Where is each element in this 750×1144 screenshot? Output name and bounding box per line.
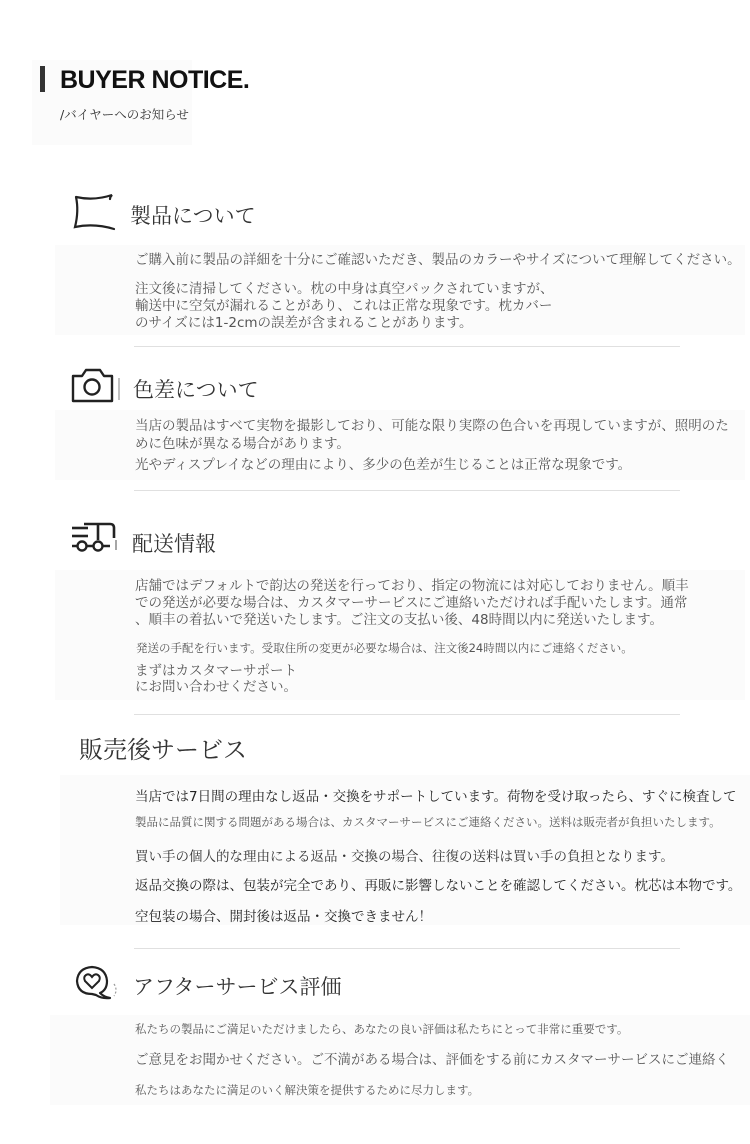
section-title-shipping: 配送情報 (132, 528, 216, 558)
after-sales-text-2: 製品に品質に関する問題がある場合は、カスタマーサービスにご連絡ください。送料は販… (135, 814, 721, 830)
product-text-3: 輸送中に空気が漏れることがあり、これは正常な現象です。枕カバー (135, 298, 552, 315)
divider (134, 714, 680, 715)
color-text-1: 当店の製品はすべて実物を撮影しており、可能な限り実際の色合いを再現していますが、… (135, 418, 729, 435)
shipping-text-4: 発送の手配を行います。受取住所の変更が必要な場合は、注文後24時間以内にご連絡く… (136, 640, 633, 656)
section-title-after-sales: 販売後サービス (79, 730, 247, 765)
color-text-3: 光やディスプレイなどの理由により、多少の色差が生じることは正常な現象です。 (135, 457, 631, 474)
product-text-1: ご購入前に製品の詳細を十分にご確認いただき、製品のカラーやサイズについて理解して… (135, 252, 741, 269)
review-text-1: 私たちの製品にご満足いただけましたら、あなたの良い評価は私たちにとって非常に重要… (135, 1021, 628, 1037)
review-text-2: ご意見をお聞かせください。ご不満がある場合は、評価をする前にカスタマーサービスに… (135, 1052, 729, 1069)
divider (134, 490, 680, 491)
page-subtitle: /バイヤーへのお知らせ (60, 105, 189, 123)
heart-speech-bubble-icon (74, 964, 122, 1002)
section-title-product: 製品について (130, 200, 256, 230)
divider (134, 948, 680, 949)
section-title-color: 色差について (133, 374, 259, 404)
shipping-text-1: 店舗ではデフォルトで韵达の発送を行っており、指定の物流には対応しておりません。順… (135, 578, 689, 595)
camera-icon (70, 368, 126, 404)
after-sales-text-3: 買い手の個人的な理由による返品・交換の場合、往復の送料は買い手の負担となります。 (135, 845, 674, 865)
pillow-icon (72, 193, 118, 231)
review-text-3: 私たちはあなたに満足のいく解決策を提供するために尽力します。 (135, 1082, 479, 1098)
after-sales-text-4: 返品交換の際は、包装が完全であり、再販に影響しないことを確認してください。枕芯は… (135, 874, 741, 894)
delivery-truck-icon (70, 520, 122, 556)
after-sales-text-1: 当店では7日間の理由なし返品・交換をサポートしています。荷物を受け取ったら、すぐ… (135, 785, 737, 805)
after-sales-text-5: 空包装の場合、開封後は返品・交換できません！ (135, 905, 432, 925)
shipping-text-2: での発送が必要な場合は、カスタマーサービスにご連絡いただければ手配いたします。通… (135, 595, 687, 612)
shipping-text-3: 、順丰の着払いで発送いたします。ご注文の支払い後、48時間以内に発送いたします。 (135, 612, 663, 629)
section-title-review: アフターサービス評価 (133, 971, 342, 1001)
divider (134, 346, 680, 347)
product-text-4: のサイズには1-2cmの誤差が含まれることがあります。 (135, 315, 472, 332)
header-accent-bar (40, 66, 45, 92)
page-title: BUYER NOTICE. (60, 66, 249, 95)
product-text-2: 注文後に清掃してください。枕の中身は真空パックされていますが、 (135, 281, 554, 298)
color-text-2: めに色味が異なる場合があります。 (135, 436, 350, 453)
shipping-text-6: にお問い合わせください。 (135, 679, 297, 696)
shipping-text-5: まずはカスタマーサポート (135, 663, 297, 680)
